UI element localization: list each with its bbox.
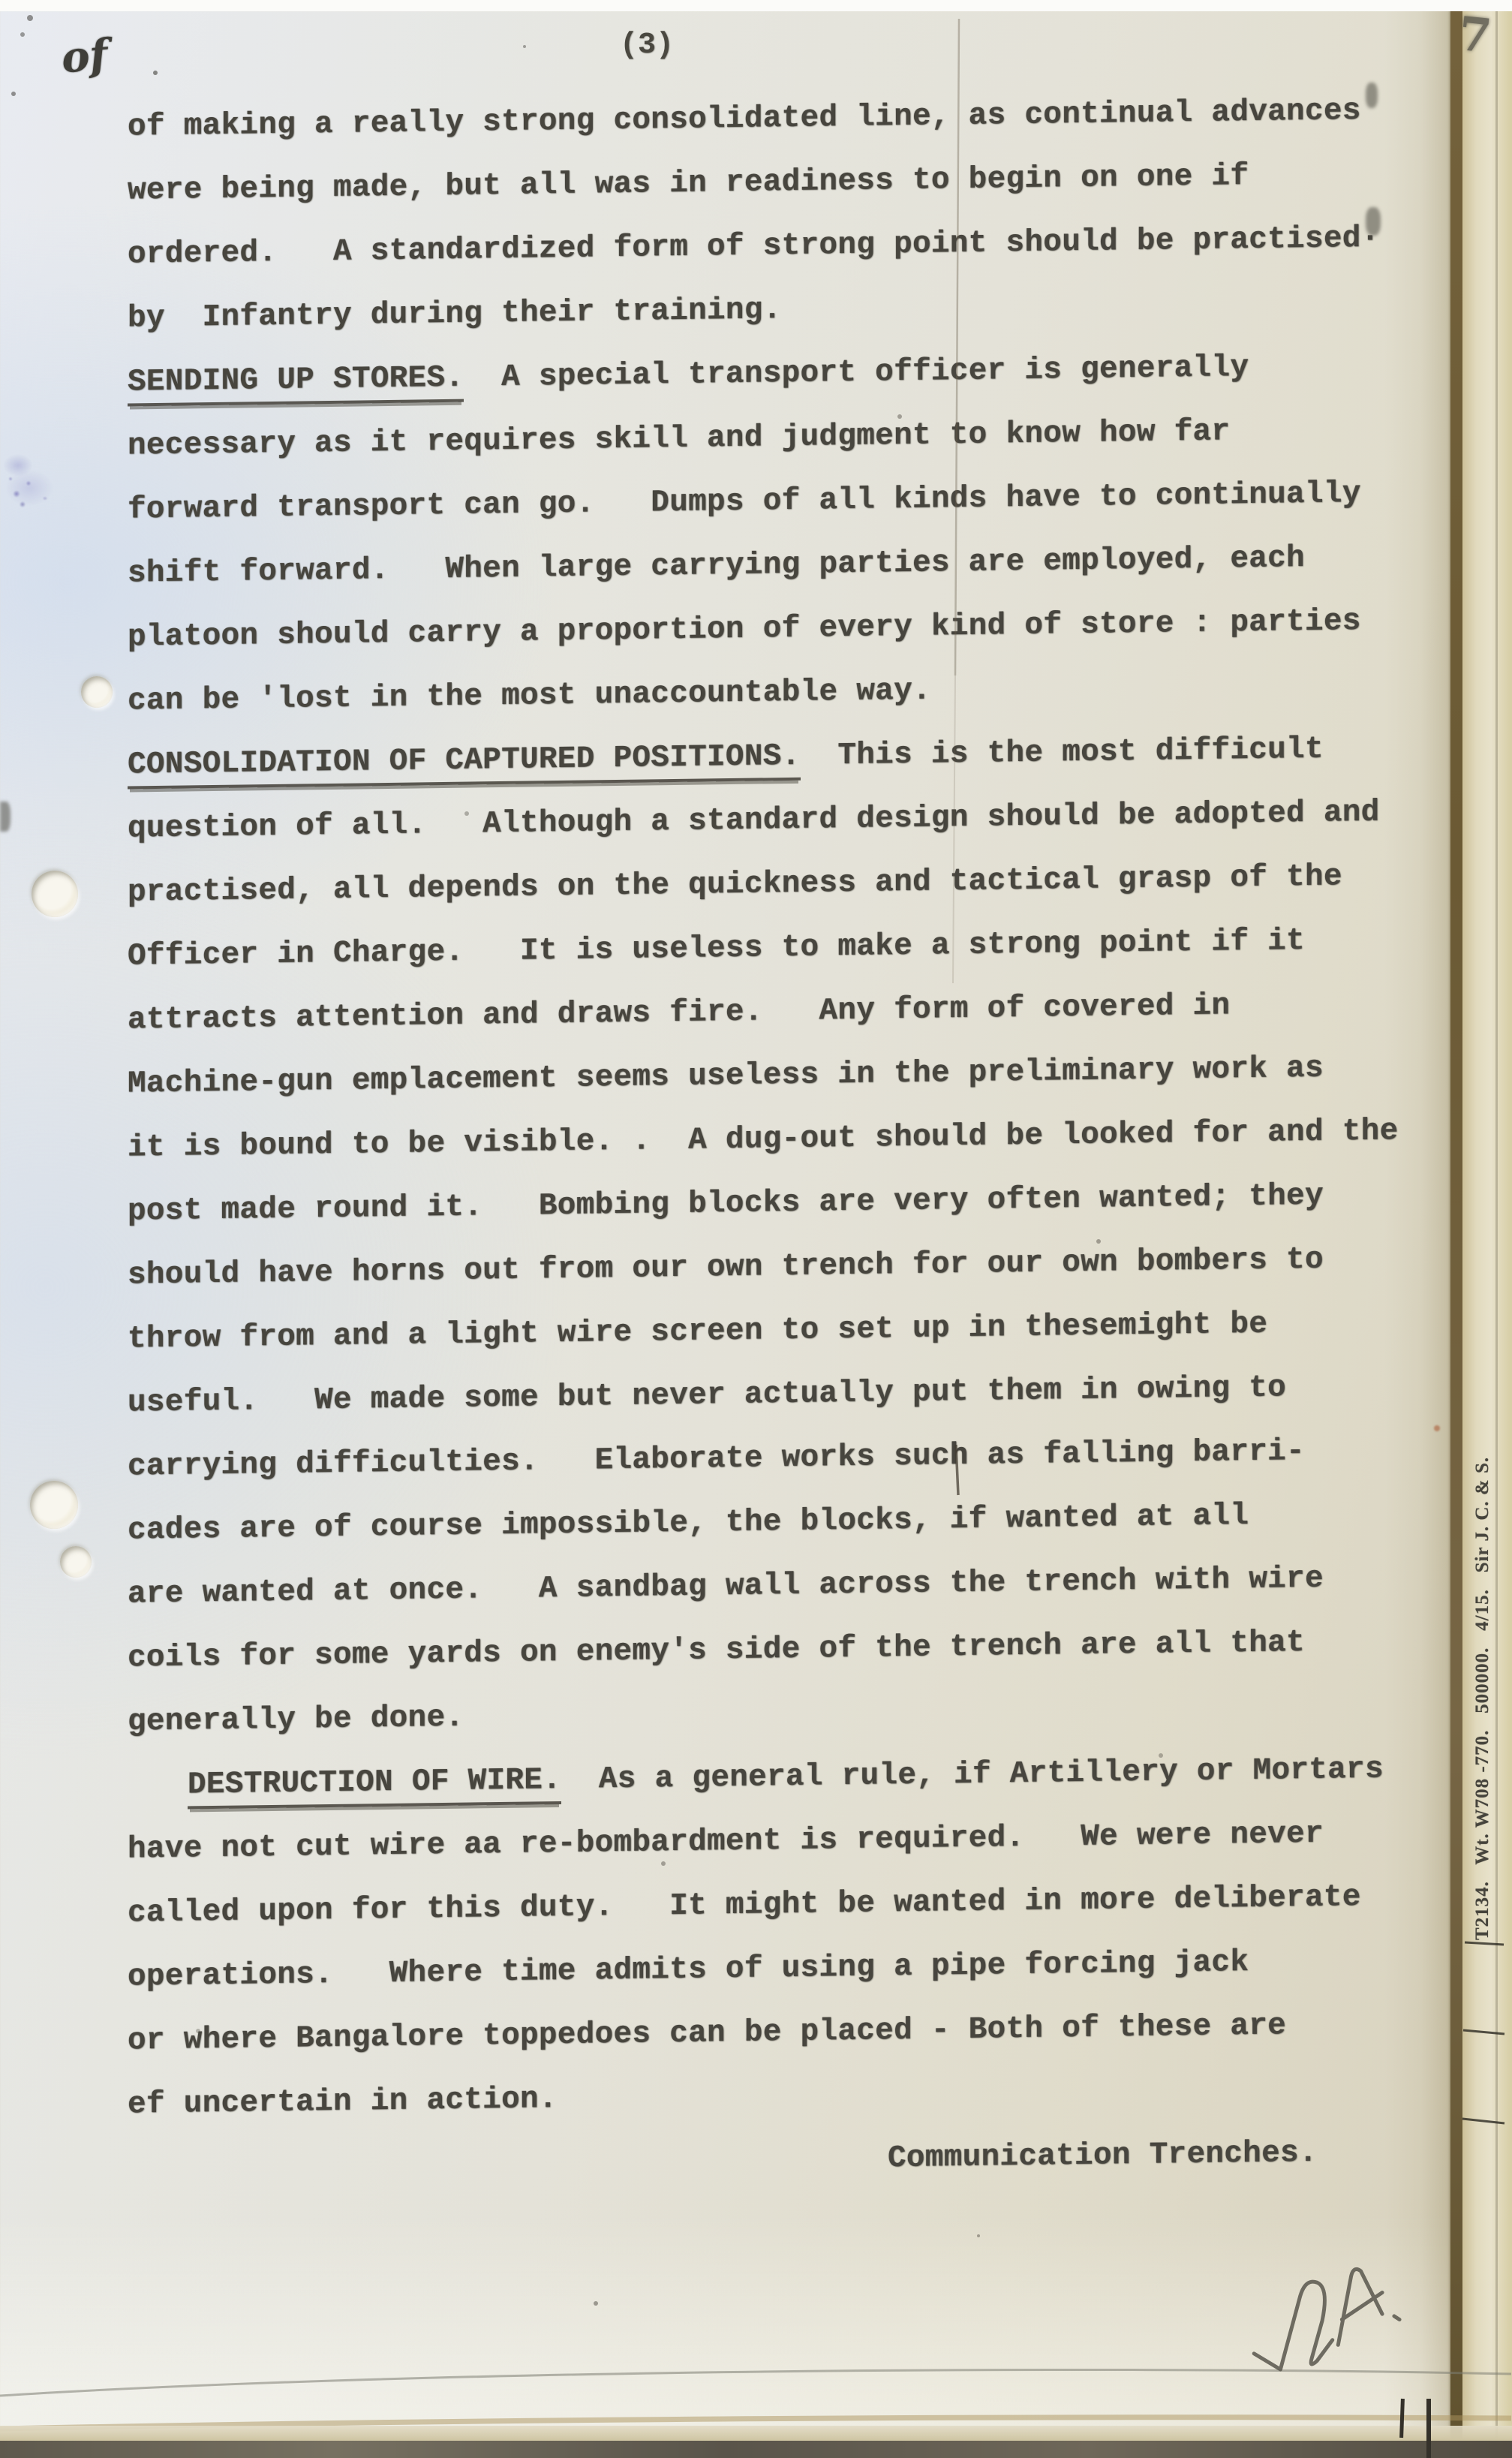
corner-folio-mark: 7 [1456, 6, 1494, 64]
underlying-page-strip [1462, 10, 1512, 2458]
line-text: This is the most difficult [801, 733, 1324, 774]
corner-mark-stroke [1426, 2399, 1431, 2458]
page-edge [1450, 10, 1462, 2458]
edge-smudge [0, 802, 11, 832]
handwritten-annotation: of [59, 29, 110, 83]
bottom-dark-edge [0, 2441, 1512, 2458]
typed-text-block: of making a really strong consolidated l… [128, 92, 1448, 2215]
scanned-document-page: { "page": { "page_number": "(3)", "handw… [0, 0, 1512, 2458]
punch-hole [30, 1481, 78, 1529]
bottom-page-edges [0, 2426, 1512, 2441]
scan-background-strip [0, 0, 1512, 11]
punch-hole [60, 1546, 92, 1578]
ink-blot [0, 420, 86, 540]
section-heading: SENDING UP STORES. [128, 361, 464, 407]
page-number: (3) [620, 29, 674, 62]
line-text: Communication Trenches. [888, 2136, 1318, 2176]
underlying-page-rule [1495, 10, 1498, 2458]
punch-hole [81, 676, 113, 708]
section-heading: DESTRUCTION OF WIRE. [188, 1763, 561, 1810]
line-text: generally be done. [128, 1701, 464, 1740]
punch-hole [32, 871, 78, 917]
text-line: Communication Trenches. [888, 2134, 1448, 2205]
printer-imprint: T2134. Wt. W708 -770. 500000. 4/15. Sir … [1472, 1457, 1493, 1940]
line-text: ef uncertain in action. [128, 2082, 558, 2122]
section-heading: CONSOLIDATION OF CAPTURED POSITIONS. [128, 739, 801, 790]
